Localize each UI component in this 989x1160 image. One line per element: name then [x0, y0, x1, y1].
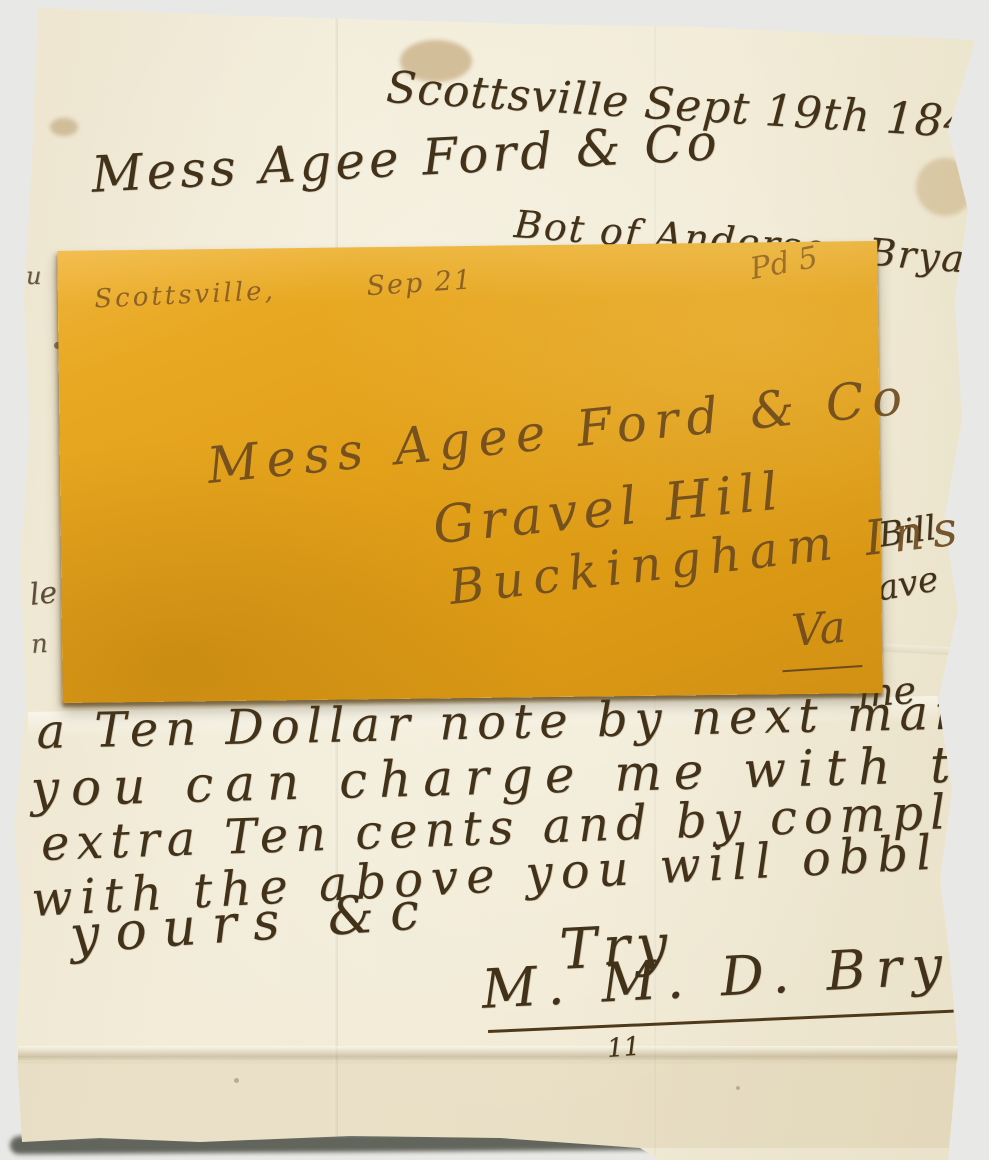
- foxing-stain-right: [916, 158, 974, 216]
- envelope-rate-marking: Pd 5: [747, 240, 820, 287]
- signature: M. M. D. Bryan: [480, 929, 989, 1021]
- envelope-postmark-date: Sep 21: [366, 264, 474, 302]
- foxing-stain-left: [50, 118, 78, 136]
- fold-shade-below-main: [16, 1062, 956, 1148]
- envelope: Scottsville, Sep 21 Pd 5 Mess Agee Ford …: [57, 241, 882, 703]
- signature-mark: 11: [606, 1032, 641, 1064]
- ink-speck-3: [736, 1086, 740, 1090]
- ink-speck-2: [234, 1078, 239, 1083]
- hidden-line-fragment-left-1: u: [26, 262, 41, 290]
- letter-addressee: Mess Agee Ford & Co: [90, 113, 722, 204]
- envelope-postmark-place: Scottsville,: [94, 276, 277, 315]
- hidden-line-fragment-left-2: le: [28, 575, 59, 613]
- scanned-letter-canvas: Scottsville Sept 19th 1848 Mess Agee For…: [0, 0, 989, 1160]
- envelope-va-underline: [782, 665, 862, 672]
- fold-crease-right-mid: [872, 643, 984, 657]
- envelope-address-line-1: Mess Agee Ford & Co: [205, 367, 913, 495]
- envelope-address-line-4: Va: [790, 602, 848, 657]
- hidden-line-fragment-left-3: n: [30, 629, 49, 660]
